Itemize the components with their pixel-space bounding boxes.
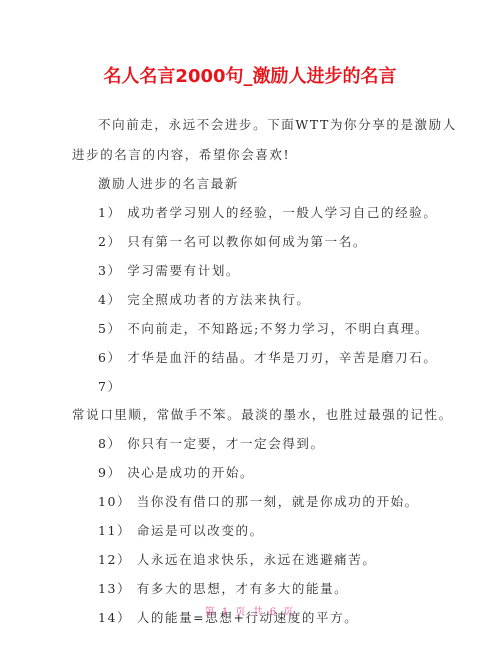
quote-item: 8） 你只有一定要，才一定会得到。 — [98, 434, 325, 452]
quote-item: 3） 学习需要有计划。 — [98, 261, 240, 279]
quote-item: 11） 命运是可以改变的。 — [98, 521, 264, 539]
quote-item: 7） — [98, 377, 122, 395]
quote-item: 1） 成功者学习别人的经验，一般人学习自己的经验。 — [98, 203, 437, 221]
document-title: 名人名言2000句_激励人进步的名言 — [0, 62, 500, 88]
quote-item: 4） 完全照成功者的方法来执行。 — [98, 290, 311, 308]
page-footer: 第 1 页 共 6 页 — [0, 603, 500, 618]
quote-item: 9） 决心是成功的开始。 — [98, 463, 254, 481]
intro-paragraph-line-1: 不向前走，永远不会进步。下面WTT为你分享的是激励人 — [98, 115, 457, 133]
quote-item: 10） 当你没有借口的那一刻，就是你成功的开始。 — [98, 492, 419, 510]
quote-item: 13） 有多大的思想，才有多大的能量。 — [98, 579, 348, 597]
quote-item: 2） 只有第一名可以教你如何成为第一名。 — [98, 232, 367, 250]
quote-item-continuation: 常说口里顺，常做手不笨。最淡的墨水，也胜过最强的记性。 — [72, 405, 453, 423]
quote-item: 6） 才华是血汗的结晶。才华是刀刃，辛苦是磨刀石。 — [98, 348, 437, 366]
quote-item: 5） 不向前走，不知路远;不努力学习，不明白真理。 — [98, 319, 429, 337]
quote-item: 12） 人永远在追求快乐，永远在逃避痛苦。 — [98, 550, 376, 568]
section-heading: 激励人进步的名言最新 — [98, 174, 239, 192]
intro-paragraph-line-2: 进步的名言的内容，希望你会喜欢! — [72, 145, 290, 163]
